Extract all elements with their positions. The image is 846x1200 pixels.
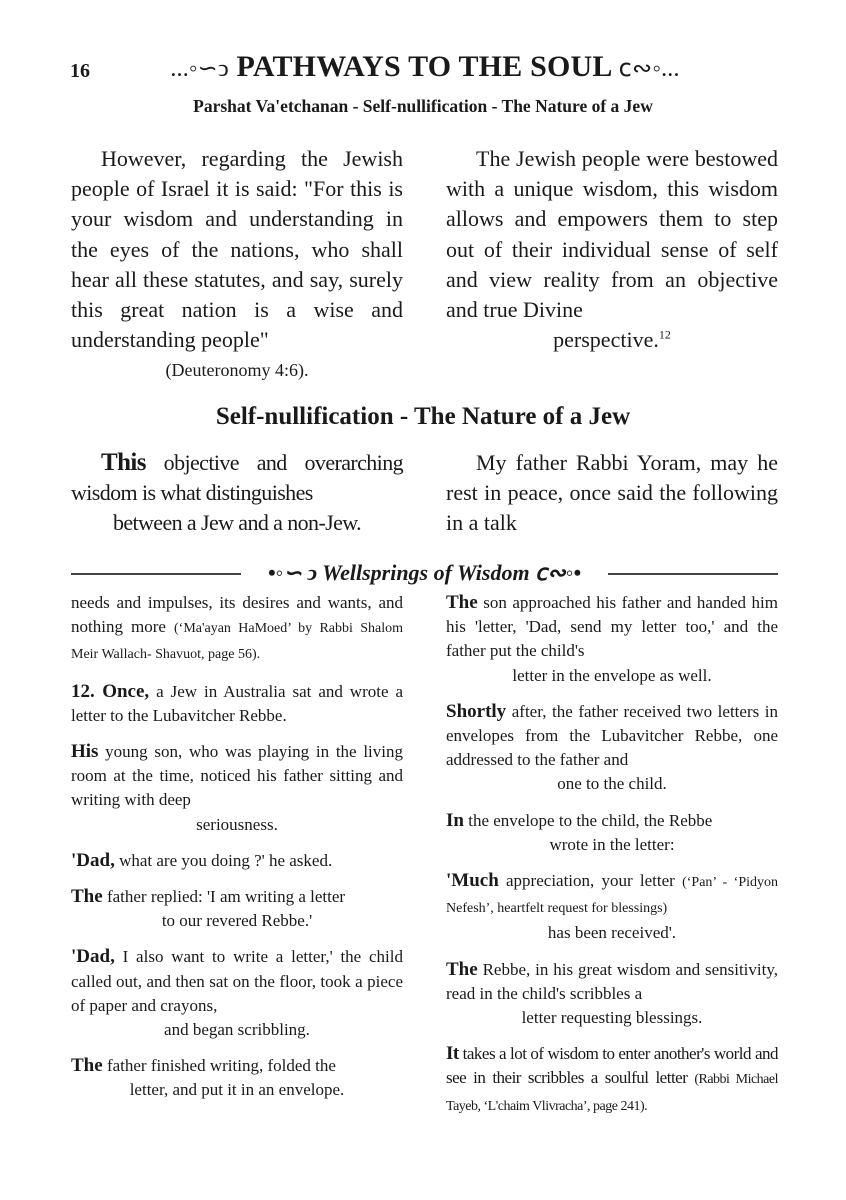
section-column-left: This objective and overarching wisdom is… xyxy=(71,448,403,539)
footnote-marker[interactable]: 12 xyxy=(659,328,671,342)
wellsprings-divider: •◦∽ ↄ Wellsprings of Wisdom ⅽ∾◦• xyxy=(71,560,778,590)
intro-column-right: The Jewish people were bestowed with a u… xyxy=(446,144,778,355)
paragraph: In the envelope to the child, the Rebbew… xyxy=(446,809,778,857)
section-column-right: My father Rabbi Yoram, may he rest in pe… xyxy=(446,448,778,539)
paragraph: My father Rabbi Yoram, may he rest in pe… xyxy=(446,448,778,539)
paragraph: 12. Once, a Jew in Australia sat and wro… xyxy=(71,680,403,728)
paragraph: However, regarding the Jewish people of … xyxy=(71,144,403,355)
ornament-right-icon: ⅽ∾◦• xyxy=(530,560,582,585)
paragraph: 'Dad, I also want to write a letter,' th… xyxy=(71,945,403,1042)
paragraph: The father finished writing, folded thel… xyxy=(71,1054,403,1102)
running-title: ...◦∽ↄ PATHWAYS TO THE SOUL ⅽ∾◦... xyxy=(130,50,720,84)
page-number: 16 xyxy=(70,60,90,83)
intro-column-left: However, regarding the Jewish people of … xyxy=(71,144,403,386)
ornament-left-icon: ...◦∽ↄ xyxy=(170,56,228,82)
paragraph: The Rebbe, in his great wisdom and sensi… xyxy=(446,958,778,1031)
paragraph: 'Dad, what are you doing ?' he asked. xyxy=(71,849,403,873)
book-title: PATHWAYS TO THE SOUL xyxy=(237,50,611,83)
paragraph: Shortly after, the father received two l… xyxy=(446,700,778,797)
section-heading: Self-nullification - The Nature of a Jew xyxy=(0,403,846,431)
citation: (Deuteronomy 4:6). xyxy=(71,355,403,385)
paragraph-last-line: perspective.12 xyxy=(446,325,778,355)
paragraph: His young son, who was playing in the li… xyxy=(71,740,403,837)
chapter-subtitle: Parshat Va'etchanan - Self-nullification… xyxy=(0,96,846,117)
sidebar-column-right: The son approached his father and handed… xyxy=(446,591,778,1131)
paragraph: This objective and overarching wisdom is… xyxy=(71,448,403,508)
divider-label: •◦∽ ↄ Wellsprings of Wisdom ⅽ∾◦• xyxy=(71,560,778,586)
paragraph: The son approached his father and handed… xyxy=(446,591,778,688)
ornament-right-icon: ⅽ∾◦... xyxy=(619,56,680,82)
paragraph: It takes a lot of wisdom to enter anothe… xyxy=(446,1042,778,1119)
paragraph: The Jewish people were bestowed with a u… xyxy=(446,144,778,325)
ornament-left-icon: •◦∽ ↄ xyxy=(268,560,322,585)
paragraph: 'Much appreciation, your letter (‘Pan’ -… xyxy=(446,869,778,946)
paragraph: needs and impulses, its desires and want… xyxy=(71,591,403,668)
paragraph-last-line: between a Jew and a non-Jew. xyxy=(71,508,403,538)
sidebar-column-left: needs and impulses, its desires and want… xyxy=(71,591,403,1115)
lead-word: This xyxy=(101,449,146,476)
paragraph: The father replied: 'I am writing a lett… xyxy=(71,885,403,933)
